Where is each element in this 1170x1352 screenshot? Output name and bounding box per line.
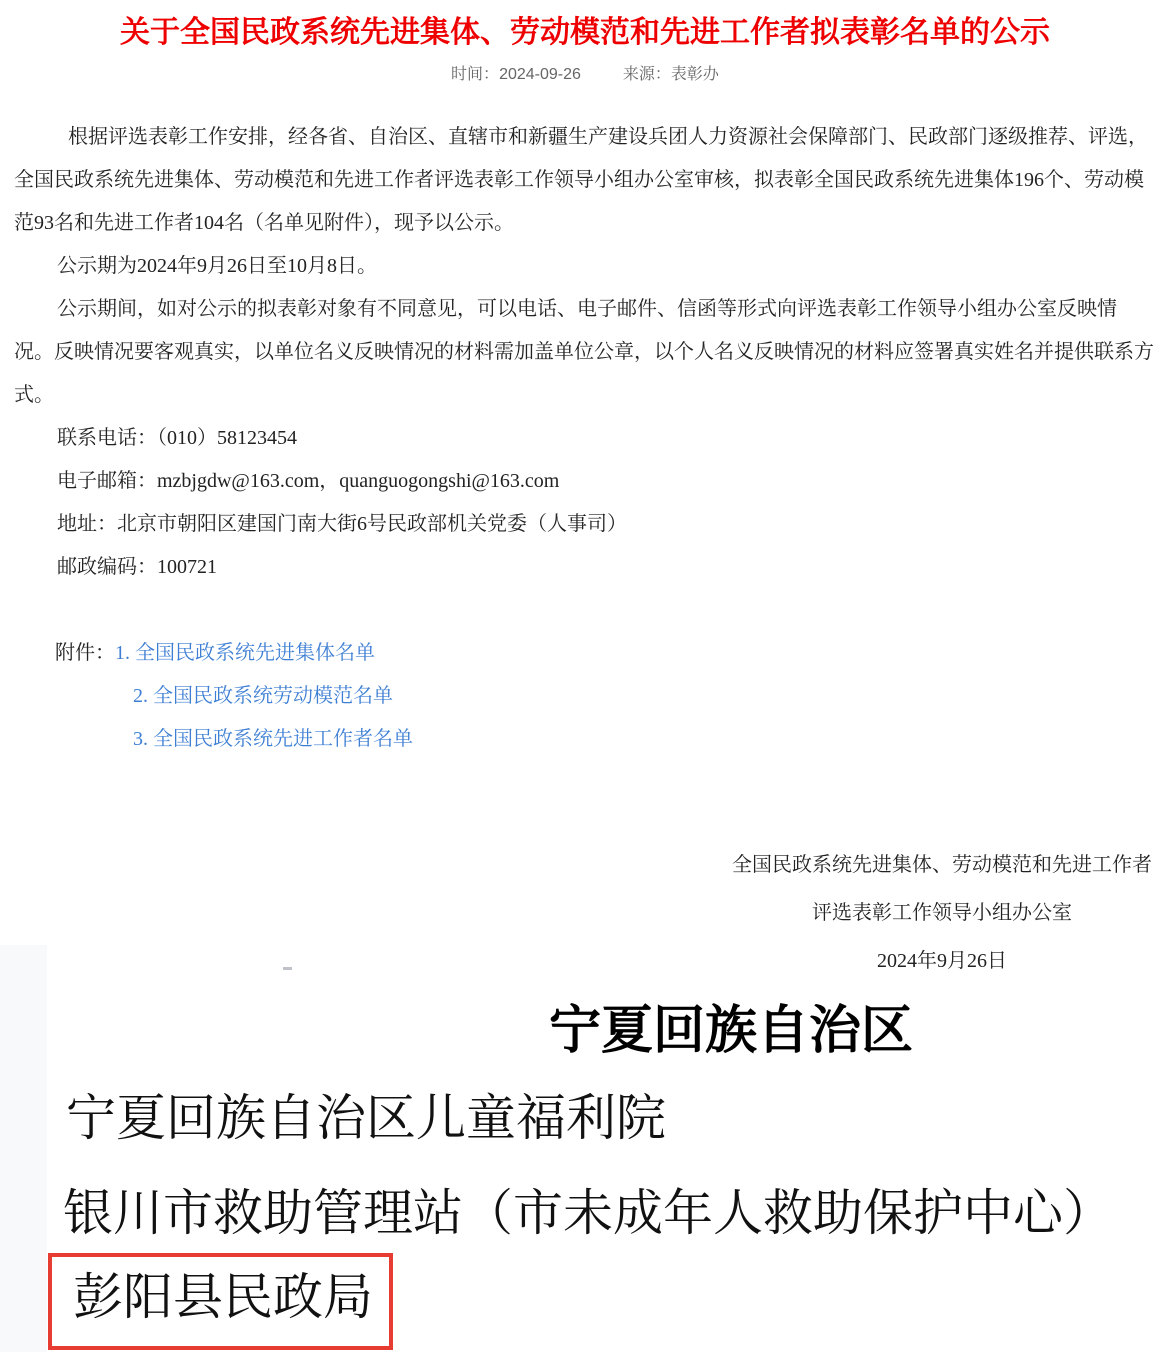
- contact-address-line: 地址：北京市朝阳区建国门南大街6号民政部机关党委（人事司）: [14, 503, 1156, 546]
- signature-block: 全国民政系统先进集体、劳动模范和先进工作者 评选表彰工作领导小组办公室 2024…: [732, 841, 1152, 985]
- page-title: 关于全国民政系统先进集体、劳动模范和先进工作者拟表彰名单的公示: [0, 16, 1170, 50]
- meta-source-value: 表彰办: [671, 66, 719, 83]
- attachments-label: 附件：: [55, 642, 115, 664]
- contact-email-line: 电子邮箱：mzbjgdw@163.com，quanguogongshi@163.…: [14, 460, 1156, 503]
- signature-line-2: 评选表彰工作领导小组办公室: [732, 889, 1152, 937]
- meta-source-label: 来源：: [623, 66, 671, 83]
- announcement-body: 根据评选表彰工作安排，经各省、自治区、直辖市和新疆生产建设兵团人力资源社会保障部…: [0, 116, 1170, 589]
- scan-entry-pengyang-civil-affairs-bureau: 彭阳县民政局: [73, 1267, 373, 1327]
- contact-postcode-line: 邮政编码：100721: [14, 546, 1156, 589]
- announcement-page: 关于全国民政系统先进集体、劳动模范和先进工作者拟表彰名单的公示 时间：2024-…: [0, 0, 1170, 1352]
- scan-entry-children-welfare-institute: 宁夏回族自治区儿童福利院: [66, 1088, 666, 1148]
- paragraph: 公示期为2024年9月26日至10月8日。: [14, 245, 1156, 288]
- signature-line-1: 全国民政系统先进集体、劳动模范和先进工作者: [732, 841, 1152, 889]
- attachments-block: 附件：1. 全国民政系统先进集体名单 2. 全国民政系统劳动模范名单 3. 全国…: [0, 632, 1170, 761]
- attachment-link-model-workers[interactable]: 2. 全国民政系统劳动模范名单: [133, 685, 393, 707]
- meta-time-label: 时间：: [451, 66, 499, 83]
- scan-artifact-dash: [283, 967, 292, 970]
- attachment-row: 2. 全国民政系统劳动模范名单: [14, 675, 1156, 718]
- attachment-link-advanced-workers[interactable]: 3. 全国民政系统先进工作者名单: [133, 728, 413, 750]
- paragraph: 根据评选表彰工作安排，经各省、自治区、直辖市和新疆生产建设兵团人力资源社会保障部…: [14, 116, 1156, 245]
- attachment-link-advanced-collectives[interactable]: 1. 全国民政系统先进集体名单: [115, 642, 375, 664]
- highlight-box: 彭阳县民政局: [48, 1253, 393, 1350]
- attachment-row: 3. 全国民政系统先进工作者名单: [14, 718, 1156, 761]
- scan-left-margin-band: [0, 945, 47, 1352]
- scan-entry-yinchuan-rescue-station: 银川市救助管理站（市未成年人救助保护中心）: [63, 1183, 1113, 1243]
- attachment-row: 附件：1. 全国民政系统先进集体名单: [14, 632, 1156, 675]
- meta-line: 时间：2024-09-26来源：表彰办: [0, 66, 1170, 84]
- signature-date: 2024年9月26日: [732, 937, 1152, 985]
- contact-phone-line: 联系电话：（010）58123454: [14, 417, 1156, 460]
- scan-region-title: 宁夏回族自治区: [549, 1003, 913, 1059]
- meta-time-value: 2024-09-26: [499, 66, 581, 83]
- paragraph: 公示期间，如对公示的拟表彰对象有不同意见，可以电话、电子邮件、信函等形式向评选表…: [14, 288, 1156, 417]
